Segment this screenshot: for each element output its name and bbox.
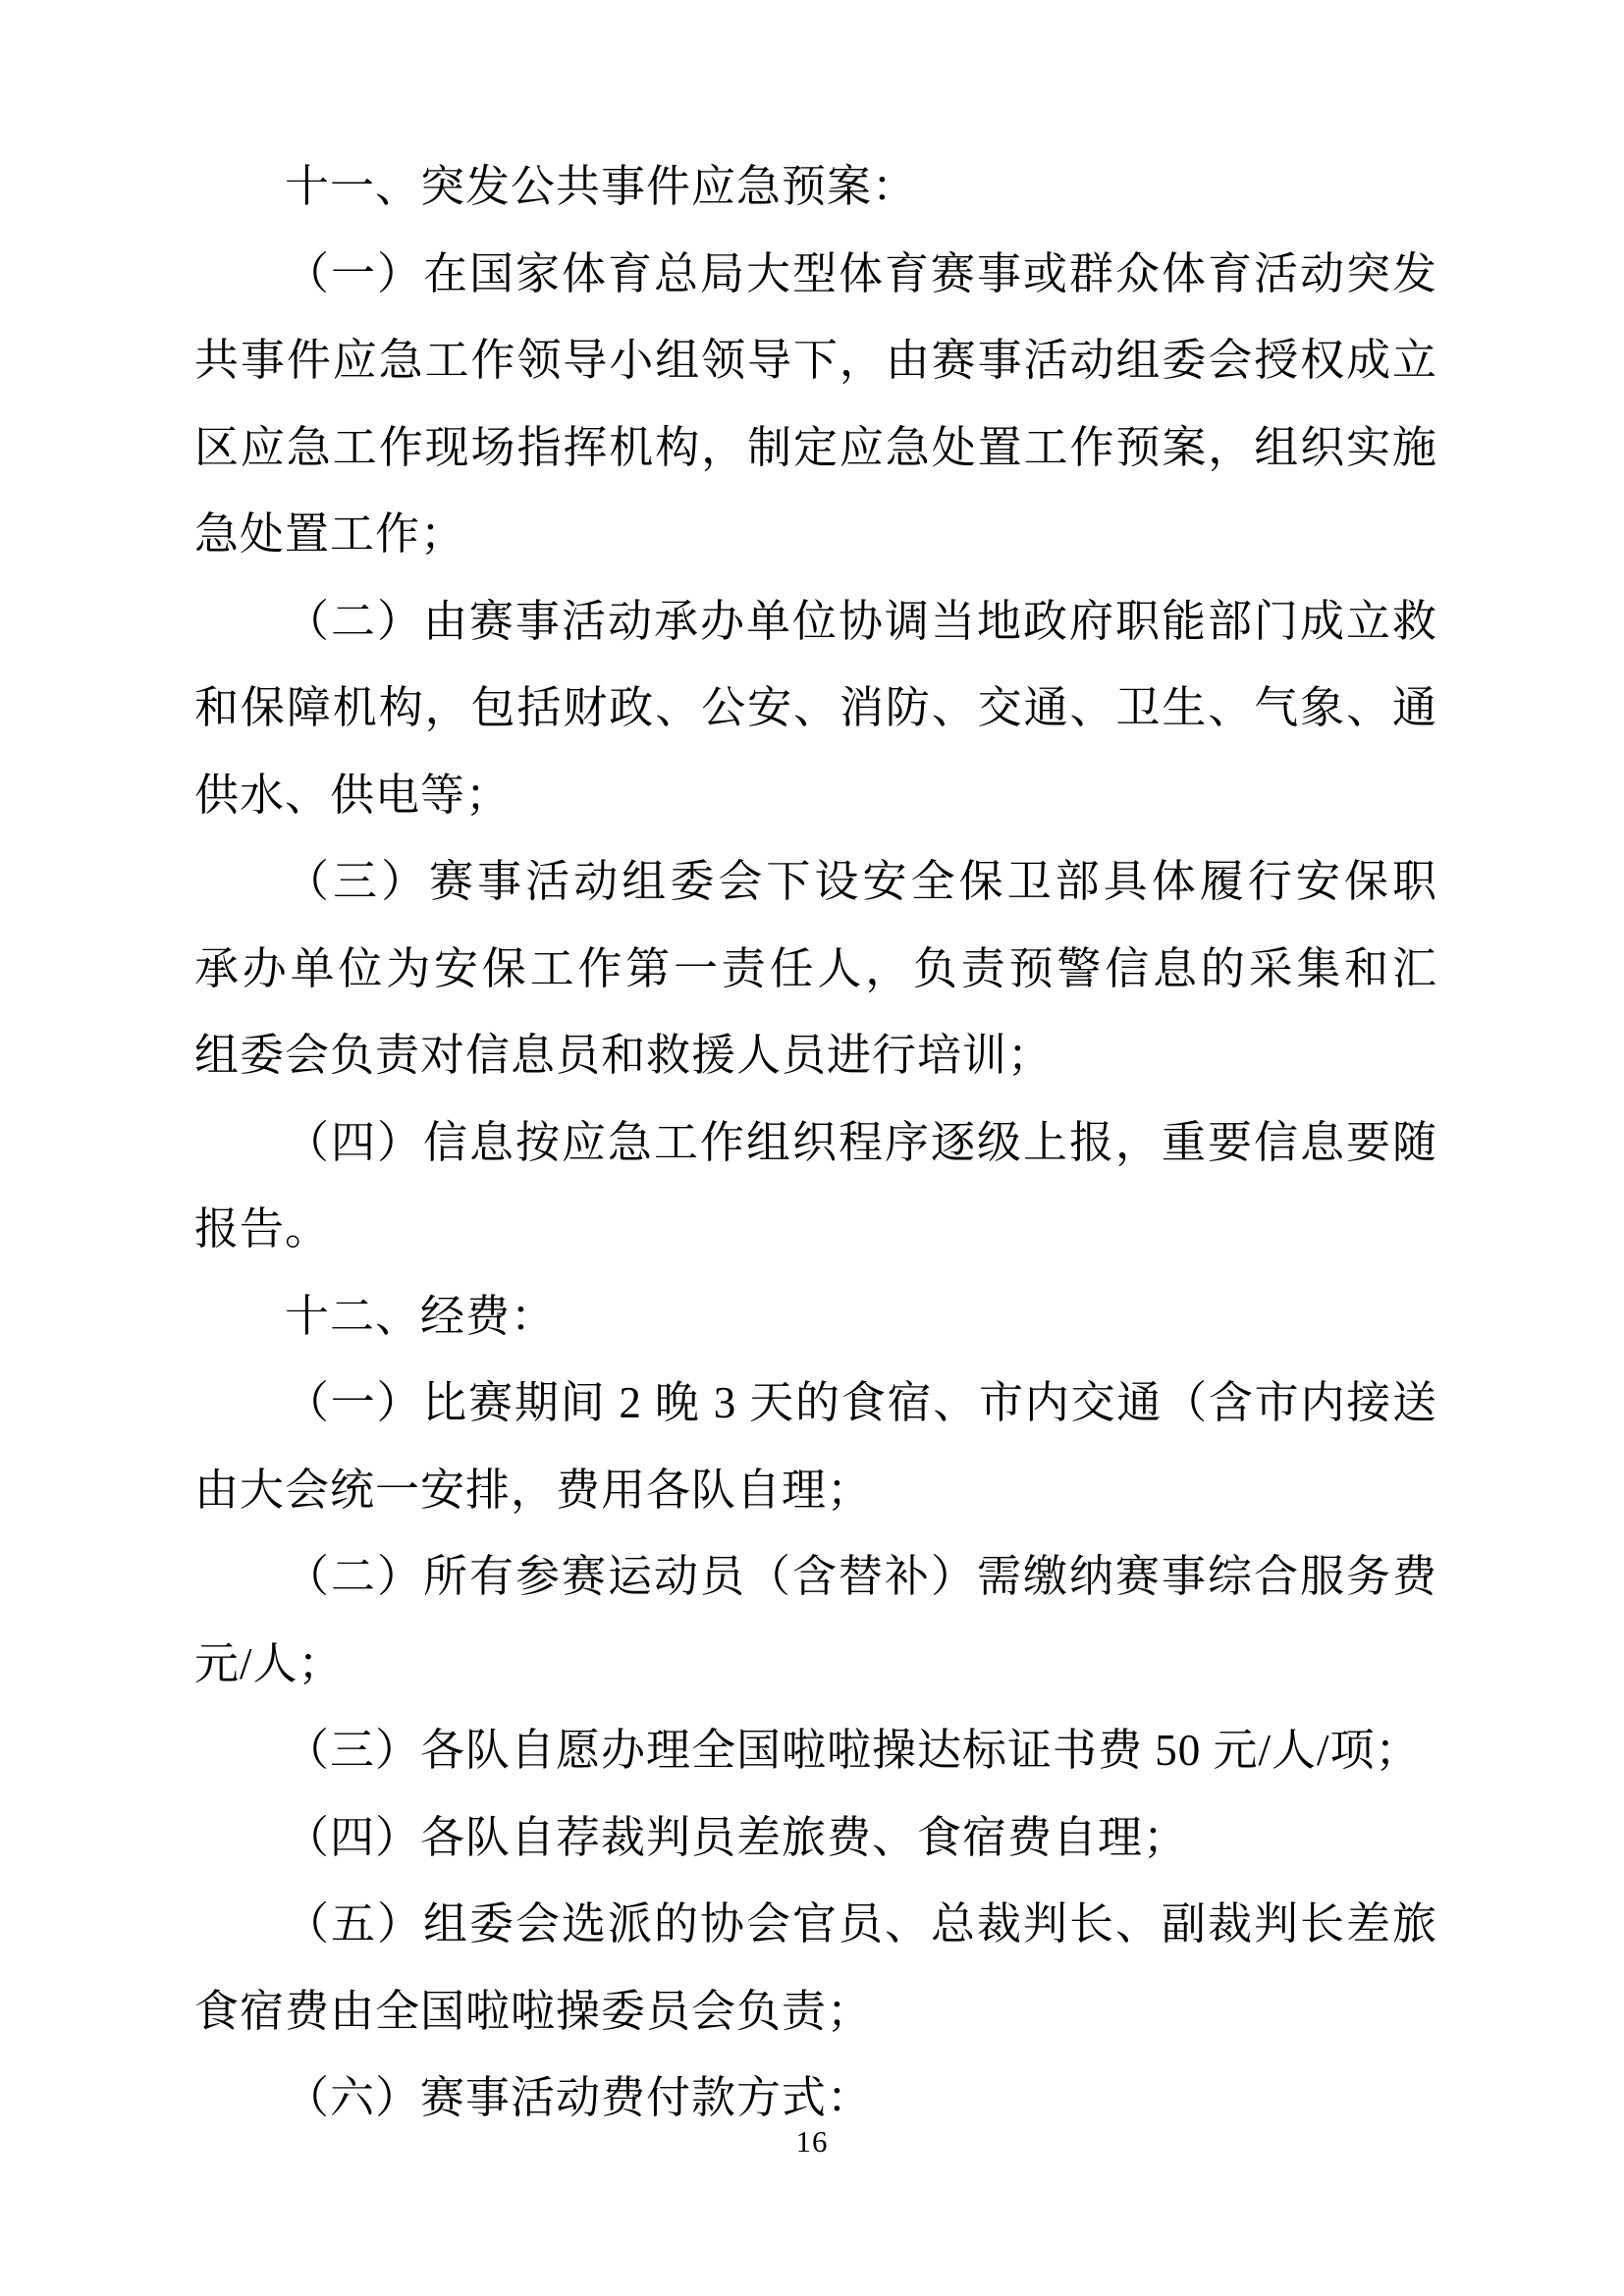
text-line: （一）比赛期间 2 晚 3 天的食宿、市内交通（含市内接送站） bbox=[194, 1360, 1437, 1447]
document-body: 十一、突发公共事件应急预案： （一）在国家体育总局大型体育赛事或群众体育活动突发… bbox=[194, 143, 1437, 2142]
text-line: 急处置工作； bbox=[194, 491, 1437, 578]
text-line: 十一、突发公共事件应急预案： bbox=[194, 143, 1437, 231]
paragraph-heading-12: 十二、经费： bbox=[194, 1273, 1437, 1361]
paragraph-11-1: （一）在国家体育总局大型体育赛事或群众体育活动突发公 共事件应急工作领导小组领导… bbox=[194, 231, 1437, 578]
paragraph-12-4: （四）各队自荐裁判员差旅费、食宿费自理； bbox=[194, 1794, 1437, 1882]
text-line: 和保障机构，包括财政、公安、消防、交通、卫生、气象、通讯、 bbox=[194, 665, 1437, 752]
text-line: 组委会负责对信息员和救援人员进行培训； bbox=[194, 1012, 1437, 1099]
paragraph-12-1: （一）比赛期间 2 晚 3 天的食宿、市内交通（含市内接送站） 由大会统一安排，… bbox=[194, 1360, 1437, 1533]
text-line: （三）各队自愿办理全国啦啦操达标证书费 50 元/人/项； bbox=[194, 1707, 1437, 1794]
text-line: （二）所有参赛运动员（含替补）需缴纳赛事综合服务费 60 bbox=[194, 1533, 1437, 1621]
text-line: 报告。 bbox=[194, 1186, 1437, 1273]
document-page: 十一、突发公共事件应急预案： （一）在国家体育总局大型体育赛事或群众体育活动突发… bbox=[0, 0, 1624, 2296]
text-line: 食宿费由全国啦啦操委员会负责； bbox=[194, 1968, 1437, 2056]
paragraph-11-2: （二）由赛事活动承办单位协调当地政府职能部门成立救援 和保障机构，包括财政、公安… bbox=[194, 578, 1437, 839]
paragraph-12-2: （二）所有参赛运动员（含替补）需缴纳赛事综合服务费 60 元/人； bbox=[194, 1533, 1437, 1707]
text-line: 供水、供电等； bbox=[194, 752, 1437, 839]
text-line: （二）由赛事活动承办单位协调当地政府职能部门成立救援 bbox=[194, 578, 1437, 666]
paragraph-heading-11: 十一、突发公共事件应急预案： bbox=[194, 143, 1437, 231]
text-line: （三）赛事活动组委会下设安全保卫部具体履行安保职责， bbox=[194, 838, 1437, 926]
text-line: （一）在国家体育总局大型体育赛事或群众体育活动突发公 bbox=[194, 231, 1437, 318]
text-line: （五）组委会选派的协会官员、总裁判长、副裁判长差旅费、 bbox=[194, 1881, 1437, 1968]
paragraph-11-4: （四）信息按应急工作组织程序逐级上报，重要信息要随时 报告。 bbox=[194, 1099, 1437, 1273]
text-line: 十二、经费： bbox=[194, 1273, 1437, 1361]
paragraph-11-3: （三）赛事活动组委会下设安全保卫部具体履行安保职责， 承办单位为安保工作第一责任… bbox=[194, 838, 1437, 1099]
paragraph-12-5: （五）组委会选派的协会官员、总裁判长、副裁判长差旅费、 食宿费由全国啦啦操委员会… bbox=[194, 1881, 1437, 2055]
text-line: 由大会统一安排，费用各队自理； bbox=[194, 1447, 1437, 1534]
text-line: 承办单位为安保工作第一责任人，负责预警信息的采集和汇报。 bbox=[194, 926, 1437, 1013]
page-number: 16 bbox=[0, 2124, 1624, 2160]
text-line: （四）信息按应急工作组织程序逐级上报，重要信息要随时 bbox=[194, 1099, 1437, 1187]
paragraph-12-3: （三）各队自愿办理全国啦啦操达标证书费 50 元/人/项； bbox=[194, 1707, 1437, 1794]
text-line: 元/人； bbox=[194, 1621, 1437, 1708]
text-line: 区应急工作现场指挥机构，制定应急处置工作预案，组织实施应 bbox=[194, 404, 1437, 492]
text-line: 共事件应急工作领导小组领导下，由赛事活动组委会授权成立赛 bbox=[194, 317, 1437, 404]
text-line: （四）各队自荐裁判员差旅费、食宿费自理； bbox=[194, 1794, 1437, 1882]
